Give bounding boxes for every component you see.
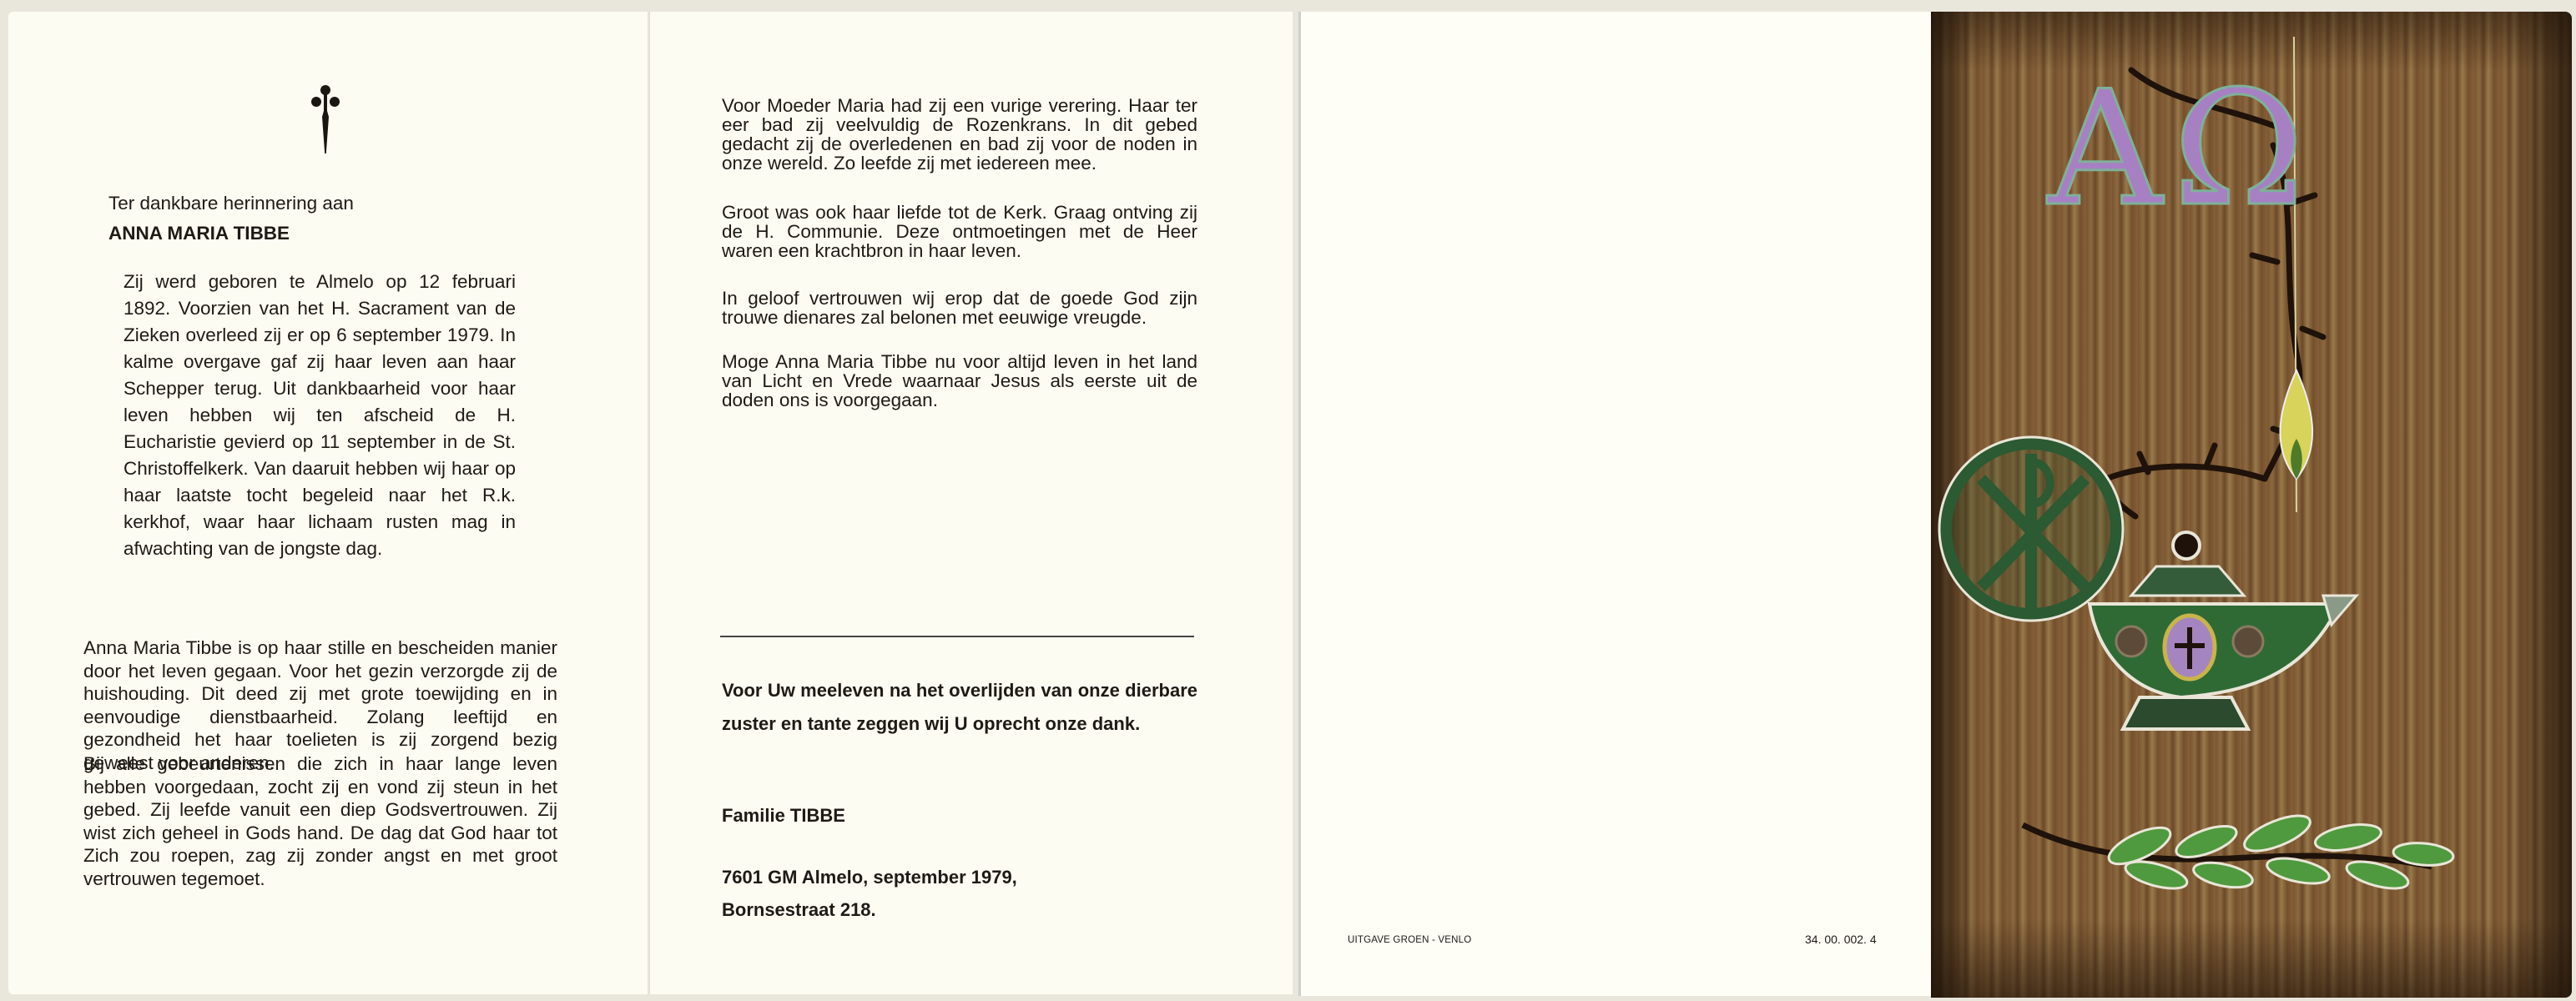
biography-paragraph: Voor Moeder Maria had zij een vurige ver… xyxy=(722,96,1197,173)
biography-paragraph: Zij werd geboren te Almelo op 12 februar… xyxy=(124,269,516,562)
biography-paragraph: Moge Anna Maria Tibbe nu voor altijd lev… xyxy=(722,352,1197,410)
card-panel-back xyxy=(1298,12,1935,996)
omega-letter-icon: Ω xyxy=(2173,57,2305,241)
family-signature: Familie TIBBE xyxy=(722,802,1197,829)
laurel-branch-icon xyxy=(2023,808,2454,893)
biography-paragraph: Bij alle gebeurtenissen die zich in haar… xyxy=(83,752,557,890)
oil-lamp-icon xyxy=(2090,532,2357,729)
divider xyxy=(720,636,1194,637)
thank-you-message: Voor Uw meeleven na het overlijden van o… xyxy=(722,674,1197,741)
devotional-painting: Α Ω xyxy=(1931,12,2572,998)
cross-icon xyxy=(310,83,340,155)
biography-paragraph: Groot was ook haar liefde tot de Kerk. G… xyxy=(722,203,1197,260)
alpha-letter-icon: Α xyxy=(2046,57,2165,241)
address-line: Bornsestraat 218. xyxy=(722,897,1197,923)
publisher-imprint: UITGAVE GROEN - VENLO xyxy=(1348,935,1471,945)
card-serial-number: 34. 00. 002. 4 xyxy=(1805,933,1877,946)
biography-paragraph: In geloof vertrouwen wij erop dat de goe… xyxy=(722,289,1197,327)
remembrance-intro: Ter dankbare herinnering aan xyxy=(108,190,530,217)
deceased-name: ANNA MARIA TIBBE xyxy=(108,220,530,247)
flame-icon xyxy=(2280,370,2312,479)
chi-rho-icon xyxy=(1939,437,2123,621)
address-line: 7601 GM Almelo, september 1979, xyxy=(722,864,1197,891)
